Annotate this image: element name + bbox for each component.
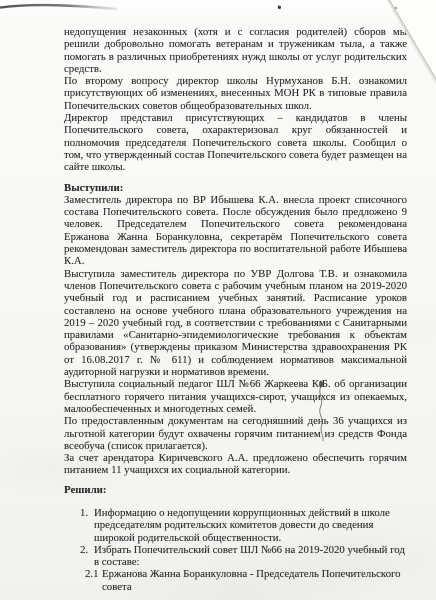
paragraph-36-students-meals: По предоставленным документам на сегодня… (64, 415, 407, 452)
decision-text: Информацию о недопущении коррупционных д… (94, 507, 407, 544)
dust-speck-artifact (395, 7, 398, 10)
ink-speck-artifact (278, 6, 281, 10)
decision-item-1: 1. Информацию о недопущении коррупционны… (64, 507, 407, 544)
decision-text: Ержанова Жанна Боранкуловна - Председате… (102, 568, 407, 593)
paragraph-deputy-vr-list: Заместитель директора по ВР Ибышева К.А.… (64, 194, 407, 268)
document-text: недопущения незаконных (хотя и с согласи… (64, 26, 407, 593)
paragraph-director-candidates: Директор представил присутствующих – кан… (64, 112, 407, 173)
decision-text: Избрать Попечительский совет ШЛ №66 на 2… (94, 544, 407, 569)
decision-number: 1. (80, 507, 94, 544)
paragraph-second-question: По второму вопросу директор школы Нурмух… (64, 75, 407, 112)
paragraph-tenant-meals: За счет арендатора Киричевского А.А. пре… (64, 452, 407, 477)
decision-item-2: 2. Избрать Попечительский совет ШЛ №66 н… (64, 544, 407, 569)
scanner-streak-artifact (0, 5, 116, 9)
decision-item-2-1: 2.1 Ержанова Жанна Боранкуловна - Предсе… (64, 568, 407, 593)
decision-number: 2. (80, 544, 94, 569)
speakers-heading: Выступили: (64, 182, 407, 194)
decisions-heading: Решили: (64, 484, 407, 496)
paragraph-social-pedagog-meals: Выступила социальный педагог ШЛ №66 Жарк… (64, 378, 407, 415)
paragraph-illegal-collections: недопущения незаконных (хотя и с согласи… (64, 26, 407, 75)
paragraph-deputy-uvr-curriculum: Выступила заместитель директора по УВР Д… (64, 268, 407, 379)
scanned-document-page: недопущения незаконных (хотя и с согласи… (0, 0, 436, 600)
decisions-list: 1. Информацию о недопущении коррупционны… (64, 507, 407, 593)
decision-number: 2.1 (85, 568, 102, 593)
